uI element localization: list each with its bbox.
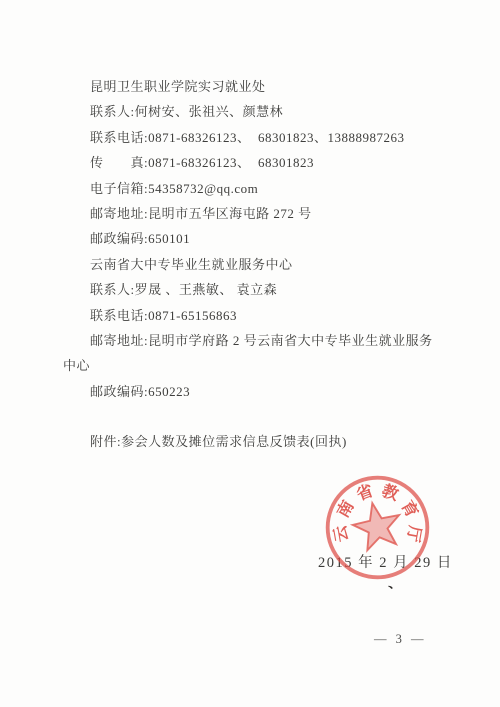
document-page: 昆明卫生职业学院实习就业处 联系人:何树安、张祖兴、颜慧林 联系电话:0871-… bbox=[0, 0, 500, 707]
page-number: — 3 — bbox=[374, 632, 427, 647]
seal-char-yun: 云 bbox=[330, 524, 352, 544]
seal-graphic: 云 南 省 教 育 厅 bbox=[320, 470, 435, 585]
mail-address-2-wrap: 中心 bbox=[63, 353, 455, 378]
mail-address-1: 邮寄地址:昆明市五华区海屯路 272 号 bbox=[63, 201, 455, 226]
org-name-2: 云南省大中专毕业生就业服务中心 bbox=[63, 252, 455, 277]
contact-persons-2: 联系人:罗晟 、王燕敏、 袁立森 bbox=[63, 277, 455, 302]
org-name-1: 昆明卫生职业学院实习就业处 bbox=[63, 74, 455, 99]
contact-persons-1: 联系人:何树安、张祖兴、颜慧林 bbox=[63, 99, 455, 124]
letter-body: 昆明卫生职业学院实习就业处 联系人:何树安、张祖兴、颜慧林 联系电话:0871-… bbox=[63, 74, 455, 455]
seal-char-ting: 厅 bbox=[403, 523, 425, 543]
mail-address-2: 邮寄地址:昆明市学府路 2 号云南省大中专毕业生就业服务 bbox=[63, 328, 455, 353]
contact-phone-2: 联系电话:0871-65156863 bbox=[63, 303, 455, 328]
star-icon bbox=[349, 498, 405, 552]
email-line: 电子信箱:54358732@qq.com bbox=[63, 176, 455, 201]
contact-phone-1: 联系电话:0871-68326123、 68301823、13888987263 bbox=[63, 125, 455, 150]
official-seal: 云 南 省 教 育 厅 bbox=[320, 470, 435, 585]
fax-line: 传 真:0871-68326123、 68301823 bbox=[63, 150, 455, 175]
attachment-line: 附件:参会人数及摊位需求信息反馈表(回执) bbox=[63, 429, 455, 454]
postal-code-1: 邮政编码:650101 bbox=[63, 226, 455, 251]
postal-code-2: 邮政编码:650223 bbox=[63, 379, 455, 404]
